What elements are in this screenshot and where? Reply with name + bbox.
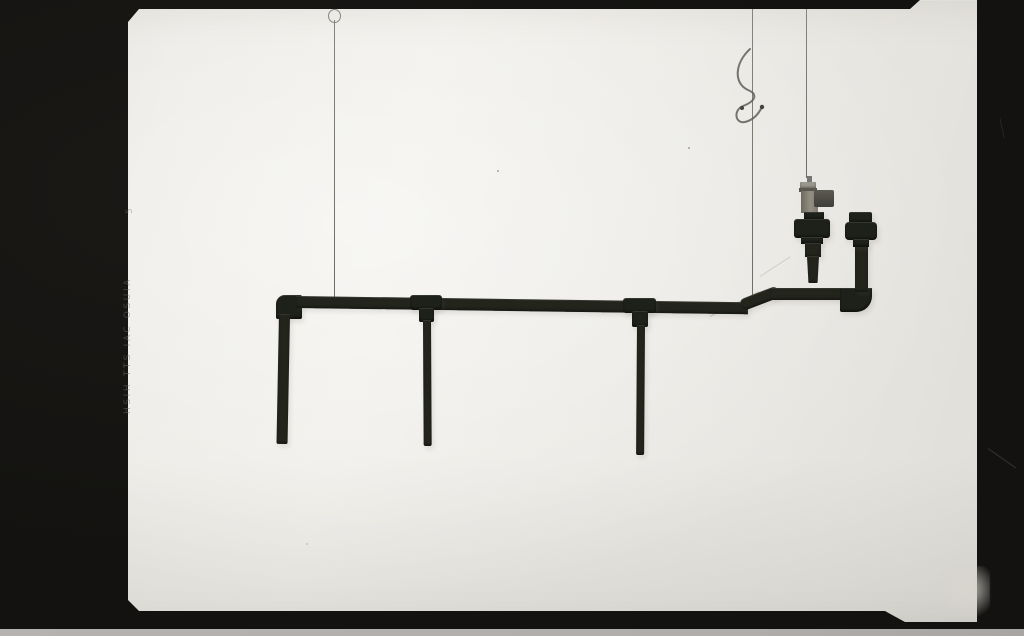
drop-pipe-middle xyxy=(423,320,432,446)
film-scratch xyxy=(1000,118,1005,138)
dust-speck xyxy=(497,170,499,172)
pipe-upper-horizontal xyxy=(770,288,848,300)
film-edge-marking-text: HSIH TTS IAC OSUIA xyxy=(123,277,133,414)
scanner-bed-strip xyxy=(0,629,1024,636)
union-neck-right xyxy=(853,239,869,247)
union-fitting-right xyxy=(845,222,877,240)
dust-speck xyxy=(306,543,308,545)
film-scratch xyxy=(988,448,1016,468)
emulsion-damage-spot xyxy=(938,566,990,618)
valve-nipple xyxy=(805,243,821,257)
film-frame: HSIH TTS IAC OSUIA 5 xyxy=(0,0,1024,636)
photo-area xyxy=(0,0,1024,636)
dust-speck xyxy=(688,147,690,149)
wire-scrap-squiggle xyxy=(725,47,769,135)
pipe-riser-vertical xyxy=(855,244,868,292)
drop-pipe-right xyxy=(636,325,645,455)
valve-threaded-tip xyxy=(807,256,819,283)
suspension-wire-valve xyxy=(806,9,807,178)
valve-union-fitting xyxy=(794,219,830,238)
suspension-wire-left xyxy=(334,20,335,300)
valve-side-outlet xyxy=(814,190,834,207)
film-edge-marking-char: 5 xyxy=(125,208,135,214)
